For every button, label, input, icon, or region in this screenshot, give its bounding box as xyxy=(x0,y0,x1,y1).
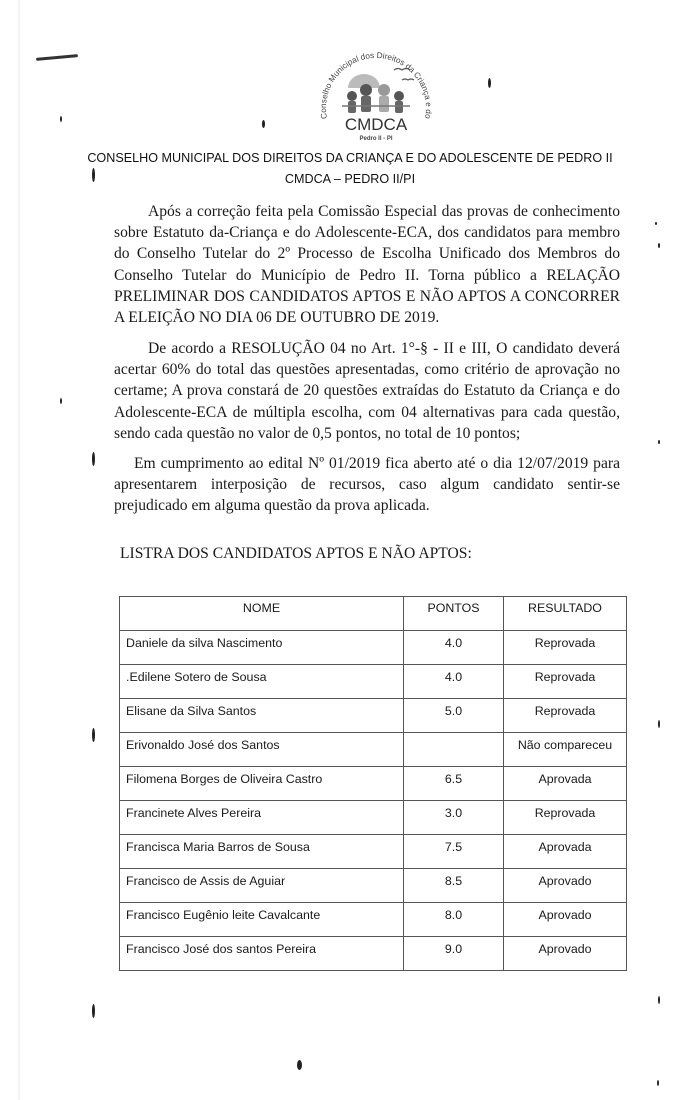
candidate-points xyxy=(404,733,504,767)
list-title: LISTRA DOS CANDIDATOS APTOS E NÃO APTOS: xyxy=(120,545,472,563)
table-row: Francisco de Assis de Aguiar8.5Aprovado xyxy=(120,869,627,903)
candidates-table: NOME PONTOS RESULTADO Daniele da silva N… xyxy=(119,596,627,971)
candidate-points: 5.0 xyxy=(404,699,504,733)
scan-speck xyxy=(658,720,660,728)
candidate-result: Aprovado xyxy=(504,869,627,903)
svg-text:Pedro II - PI: Pedro II - PI xyxy=(359,136,392,142)
scan-speck xyxy=(92,1004,95,1018)
candidate-name: Francinete Alves Pereira xyxy=(120,801,404,835)
column-header-points: PONTOS xyxy=(404,597,504,631)
candidate-points: 8.0 xyxy=(404,903,504,937)
candidate-name: Francisco José dos santos Pereira xyxy=(120,937,404,971)
scanned-document-page: Conselho Municipal dos Direitos da Crian… xyxy=(0,0,700,1100)
scan-speck xyxy=(92,168,95,182)
candidate-points: 9.0 xyxy=(404,937,504,971)
scan-speck xyxy=(92,728,95,742)
candidate-name: Francisco Eugênio leite Cavalcante xyxy=(120,903,404,937)
table-row: Francisco Eugênio leite Cavalcante8.0Apr… xyxy=(120,903,627,937)
candidate-result: Reprovada xyxy=(504,631,627,665)
institution-subtitle: CMDCA – PEDRO II/PI xyxy=(0,172,700,186)
scan-speck xyxy=(658,440,660,444)
candidate-result: Aprovada xyxy=(504,767,627,801)
candidate-result: Reprovada xyxy=(504,699,627,733)
paragraph-resolution: De acordo a RESOLUÇÃO 04 no Art. 1°-§ - … xyxy=(114,338,620,444)
candidate-points: 8.5 xyxy=(404,869,504,903)
scan-speck xyxy=(60,116,62,122)
candidate-points: 4.0 xyxy=(404,665,504,699)
paragraph-appeals-text: Em cumprimento ao edital Nº 01/2019 fica… xyxy=(114,455,620,514)
table-row: Filomena Borges de Oliveira Castro6.5Apr… xyxy=(120,767,627,801)
scan-speck xyxy=(657,1080,659,1086)
scan-speck xyxy=(262,120,265,128)
table-row: Elisane da Silva Santos5.0Reprovada xyxy=(120,699,627,733)
candidate-name: Filomena Borges de Oliveira Castro xyxy=(120,767,404,801)
institution-title: CONSELHO MUNICIPAL DOS DIREITOS DA CRIAN… xyxy=(0,151,700,165)
scan-speck xyxy=(658,996,660,1004)
svg-text:CMDCA: CMDCA xyxy=(345,115,408,134)
scan-speck xyxy=(655,222,657,225)
candidate-result: Reprovada xyxy=(504,801,627,835)
candidate-name: Francisca Maria Barros de Sousa xyxy=(120,835,404,869)
candidate-result: Aprovada xyxy=(504,835,627,869)
table-row: Francisca Maria Barros de Sousa7.5Aprova… xyxy=(120,835,627,869)
table-row: Francisco José dos santos Pereira9.0Apro… xyxy=(120,937,627,971)
candidate-result: Não compareceu xyxy=(504,733,627,767)
table-row: Francinete Alves Pereira3.0Reprovada xyxy=(120,801,627,835)
candidate-name: Daniele da silva Nascimento xyxy=(120,631,404,665)
candidate-points: 4.0 xyxy=(404,631,504,665)
candidate-points: 7.5 xyxy=(404,835,504,869)
scan-speck xyxy=(488,78,491,88)
cmdca-logo: Conselho Municipal dos Direitos da Crian… xyxy=(306,30,446,148)
table-row: Erivonaldo José dos SantosNão compareceu xyxy=(120,733,627,767)
candidate-points: 6.5 xyxy=(404,767,504,801)
table-header-row: NOME PONTOS RESULTADO xyxy=(120,597,627,631)
candidate-result: Reprovada xyxy=(504,665,627,699)
paragraph-announcement-text: Após a correção feita pela Comissão Espe… xyxy=(114,203,620,326)
paragraph-resolution-text: De acordo a RESOLUÇÃO 04 no Art. 1°-§ - … xyxy=(114,340,620,442)
candidate-points: 3.0 xyxy=(404,801,504,835)
column-header-name: NOME xyxy=(120,597,404,631)
candidate-name: Elisane da Silva Santos xyxy=(120,699,404,733)
scan-speck xyxy=(92,452,95,466)
candidate-result: Aprovado xyxy=(504,937,627,971)
paragraph-appeals: Em cumprimento ao edital Nº 01/2019 fica… xyxy=(114,453,620,517)
pen-mark xyxy=(36,54,78,61)
scan-speck xyxy=(658,243,660,248)
candidate-name: Erivonaldo José dos Santos xyxy=(120,733,404,767)
candidate-name: .Edilene Sotero de Sousa xyxy=(120,665,404,699)
scan-speck xyxy=(60,398,62,404)
cmdca-logo-icon: Conselho Municipal dos Direitos da Crian… xyxy=(306,30,446,148)
candidate-result: Aprovado xyxy=(504,903,627,937)
paragraph-announcement: Após a correção feita pela Comissão Espe… xyxy=(114,201,620,328)
table-row: Daniele da silva Nascimento4.0Reprovada xyxy=(120,631,627,665)
table-row: .Edilene Sotero de Sousa4.0Reprovada xyxy=(120,665,627,699)
column-header-result: RESULTADO xyxy=(504,597,627,631)
scan-speck xyxy=(297,1060,302,1070)
scan-edge-shadow xyxy=(18,0,21,1100)
candidate-name: Francisco de Assis de Aguiar xyxy=(120,869,404,903)
